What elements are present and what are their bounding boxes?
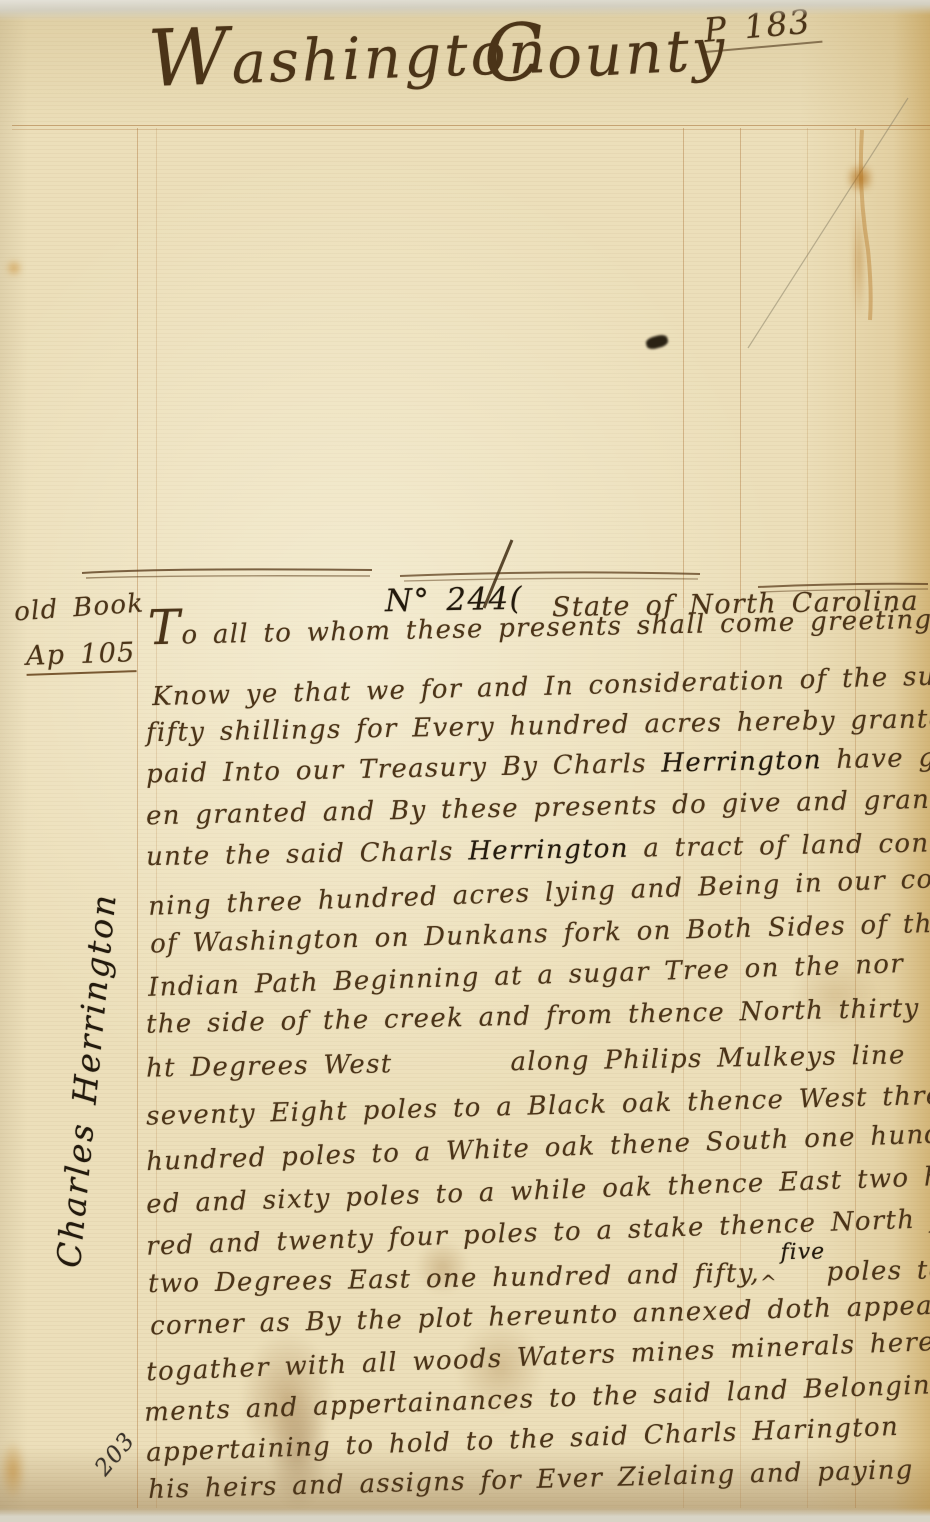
column-rule-line	[740, 128, 741, 608]
line-text: two Degrees East one hundred and fifty,	[148, 1258, 760, 1299]
line-text: have ga	[822, 743, 930, 776]
inserted-name: Herrington	[468, 834, 629, 867]
body-line-5: en granted and By these presents do give…	[146, 786, 930, 831]
ink-blot	[645, 333, 669, 350]
line-text: unte the said Charls	[146, 837, 469, 873]
body-line-4: paid Into our Treasury By Charls Herring…	[146, 744, 930, 789]
line-text: poles to the first	[826, 1253, 930, 1287]
inserted-name: Herrington	[661, 745, 822, 778]
margin-rule-line	[137, 128, 138, 1508]
body-line-1: To all to whom these presents shall come…	[148, 606, 930, 651]
rust-stain-drip	[852, 200, 866, 320]
top-rule-line-2	[12, 129, 930, 130]
line-text: along Philips Mulkeys line	[510, 1040, 906, 1077]
body-line-6: unte the said Charls Herrington a tract …	[146, 829, 930, 872]
edge-stain	[6, 258, 22, 278]
body-line-10: the side of the creek and from thence No…	[146, 993, 930, 1039]
corner-stain	[0, 1440, 26, 1500]
vertical-owner-name: Charles Herrington	[48, 864, 125, 1295]
line-text: ht Degrees West	[146, 1049, 393, 1083]
body-line-16: two Degrees East one hundred and fifty,^…	[148, 1254, 930, 1299]
body-line-3: fifty shillings for Every hundred acres …	[146, 705, 930, 748]
line-text: paid Into our Treasury By Charls	[146, 749, 662, 790]
insertion-caret: ^	[760, 1270, 778, 1294]
column-rule-line	[683, 128, 684, 608]
body-line-2: Know ye that we for and In consideration…	[152, 661, 930, 712]
erased-gap	[393, 1070, 511, 1072]
top-rule-line	[12, 125, 930, 126]
margin-note-old-book: old Book	[13, 589, 145, 627]
line-text: a tract of land contai	[628, 828, 930, 864]
page-bottom-edge	[0, 1508, 930, 1522]
insertion-five: five	[780, 1239, 825, 1265]
manuscript-page-scan: Washington County P 183 old Book Ap 105 …	[0, 0, 930, 1522]
body-line-11: ht Degrees Westalong Philips Mulkeys lin…	[146, 1041, 906, 1083]
margin-note-page-ref: Ap 105	[25, 638, 136, 675]
header-county-word: County	[482, 18, 729, 94]
corner-number: 203	[91, 1428, 141, 1481]
rust-stain	[848, 160, 872, 196]
